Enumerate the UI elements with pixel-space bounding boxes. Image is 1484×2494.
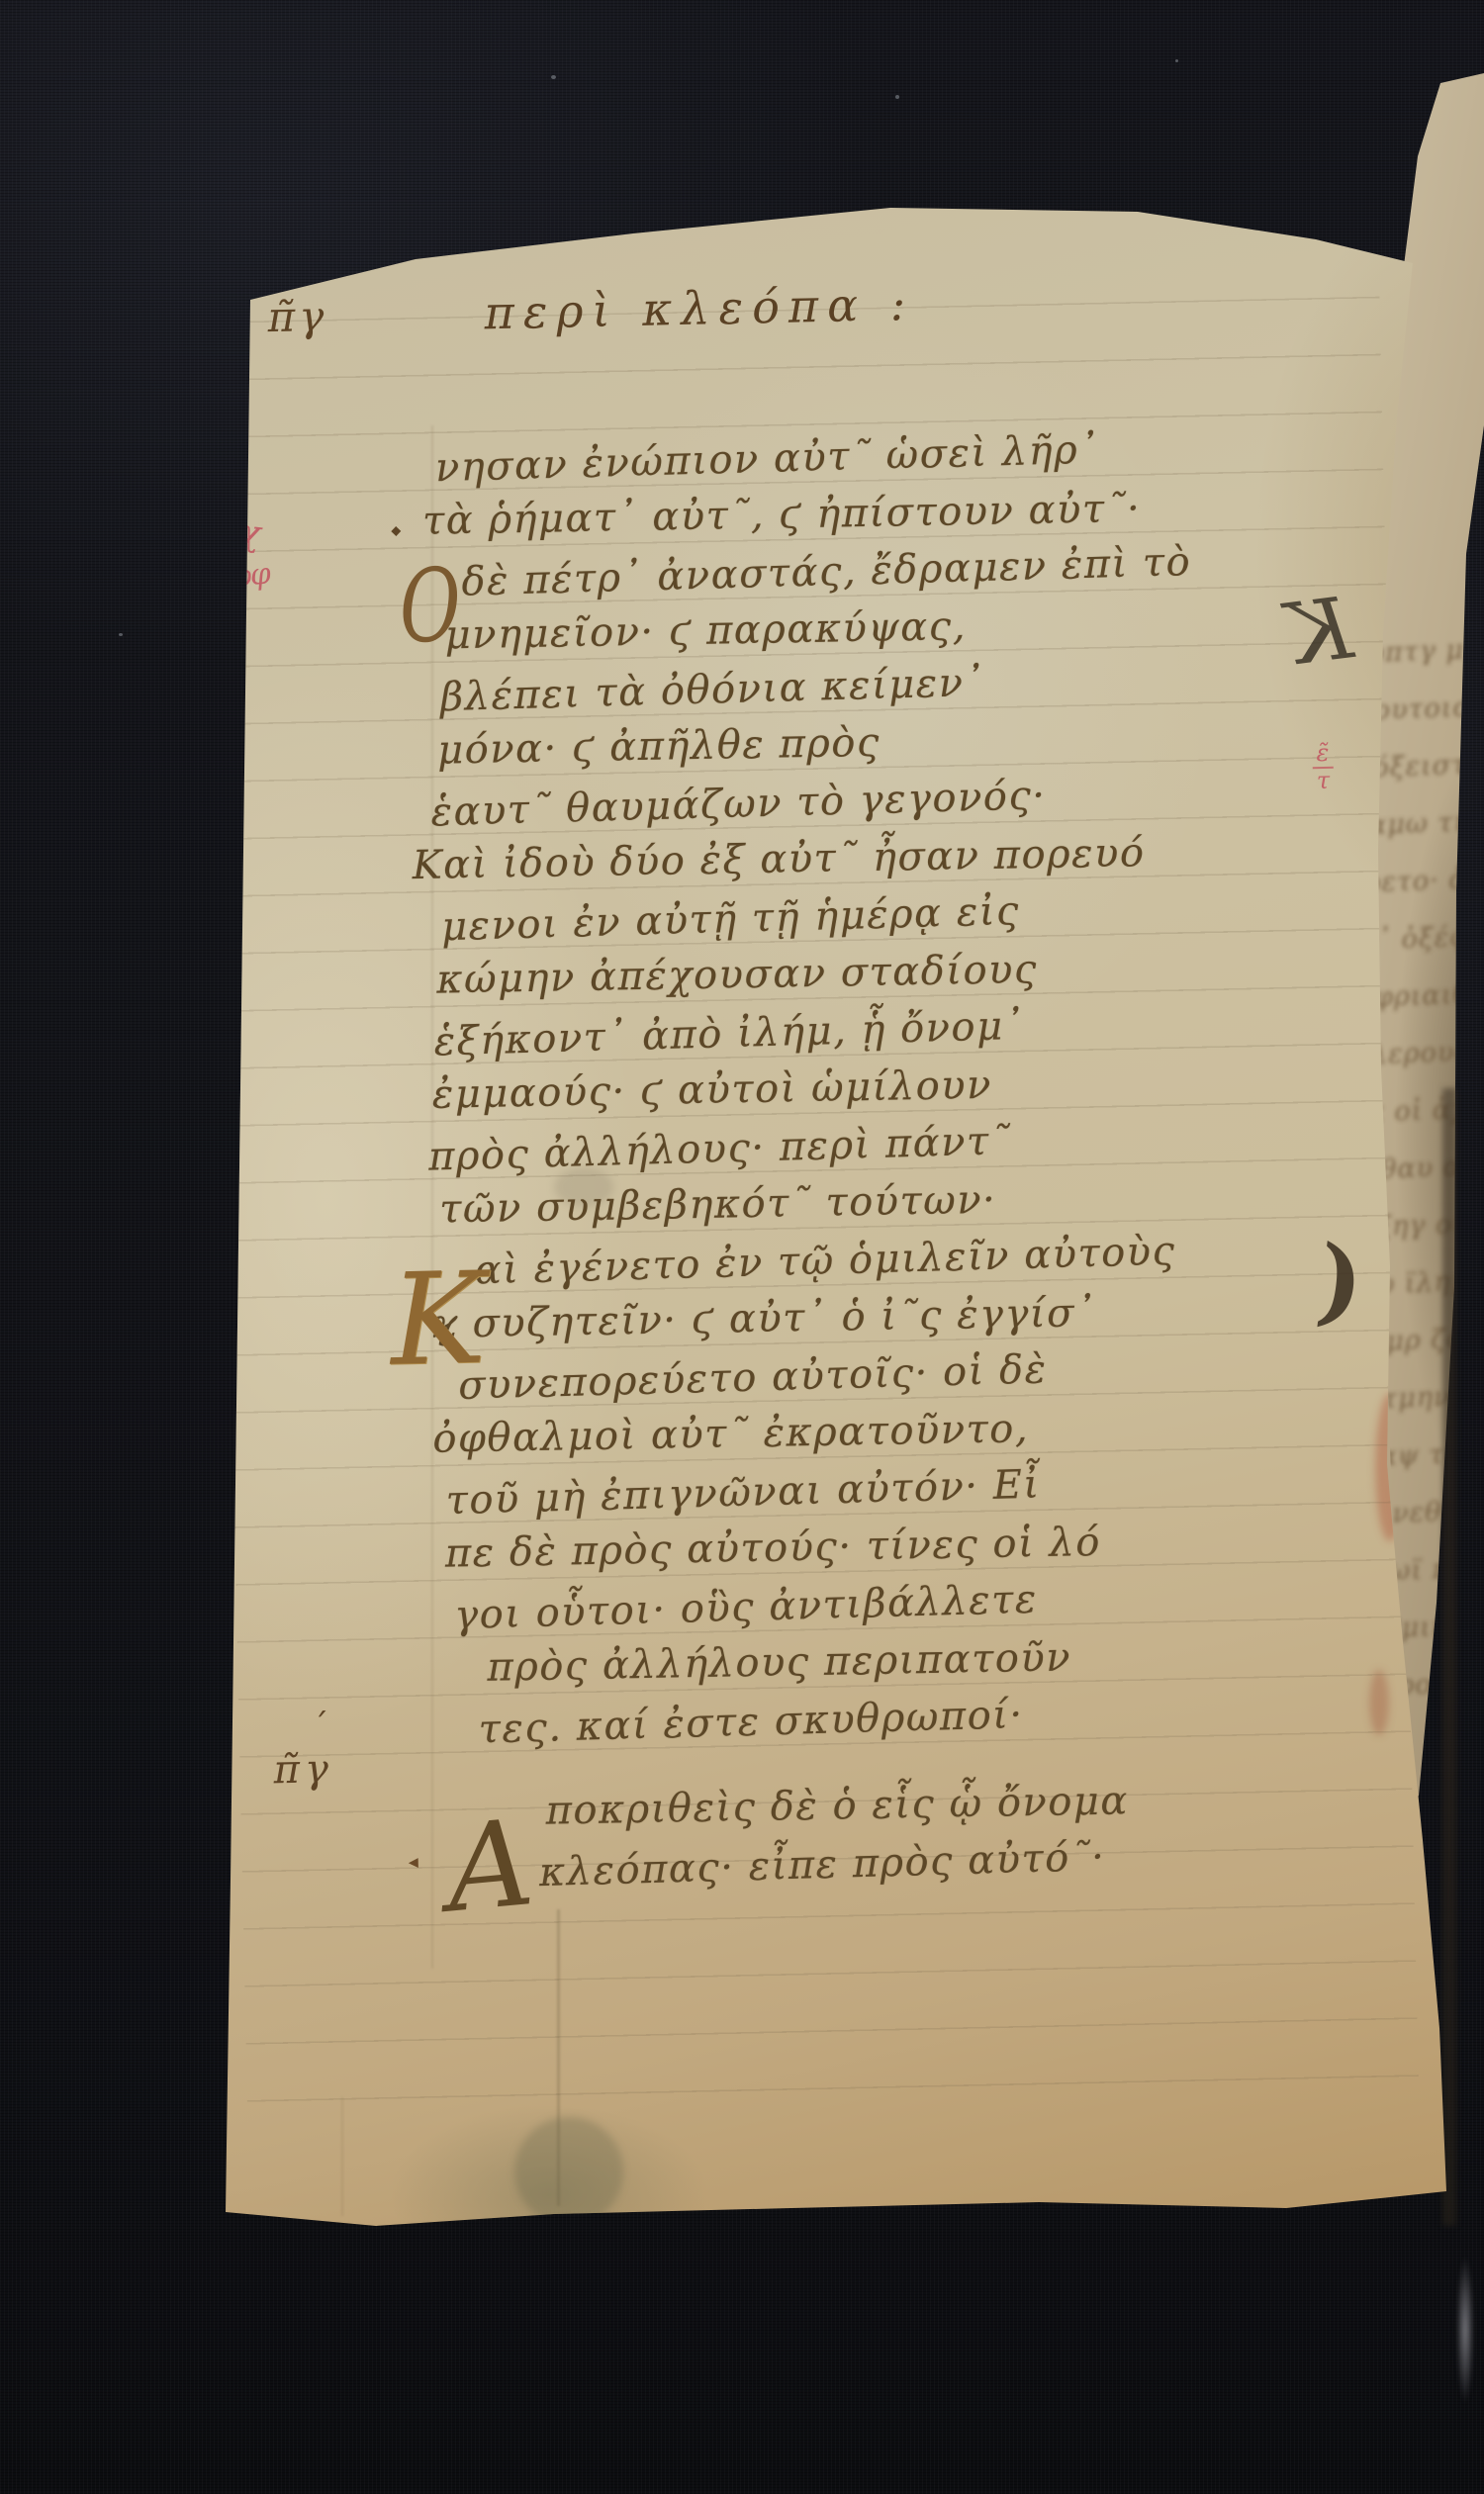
- facing-folio-line: ξηγ οιδμ: [1375, 1195, 1480, 1256]
- dust-speck: [1175, 59, 1178, 62]
- facing-folio-line: ροτ ωμη: [1397, 1654, 1484, 1715]
- kephalaion-title: περὶ κλεόπα :: [484, 277, 915, 339]
- facing-folio-line: αψ τομε: [1377, 1425, 1482, 1486]
- canon-table-numeral: τ: [1313, 769, 1334, 794]
- dust-speck: [119, 633, 123, 636]
- dust-speck: [895, 95, 899, 99]
- facing-folio-line: θαυ ατ πγ: [1379, 1138, 1484, 1199]
- photograph-stage: ὡπτγ μτουτοισ τρμόξειστ μαμω τηϛυετο· ἀλ…: [0, 0, 1484, 2494]
- offset-kappa-mark: Κ: [1282, 579, 1357, 685]
- dust-speck: [551, 75, 556, 79]
- initial-omicron: Ο: [399, 556, 462, 658]
- text-block: νησαν ἐνώπιον αὐτ῀ ὡσεὶ λῆρ᾽τὰ ῥήματ᾽ αὐ…: [413, 418, 1354, 1902]
- paragraph-dot: ◆: [391, 523, 401, 538]
- initial-kappa: Κ: [389, 1256, 486, 1385]
- initial-alpha: Α: [442, 1804, 538, 1930]
- cloth-fold-highlight: [1452, 2226, 1478, 2434]
- eusebian-canon-mark: ε̃ τ: [1312, 741, 1334, 794]
- facing-folio-line: λερουσ τα: [1369, 1023, 1474, 1084]
- chapter-number-bottom: π̃γ: [273, 1746, 333, 1793]
- red-section-mark-ligature: ωφ: [227, 557, 271, 596]
- initial-pointer-mark: ◂: [408, 1849, 418, 1873]
- chapter-number-accent: ´: [312, 1707, 329, 1746]
- red-section-mark-chi: χ: [236, 511, 262, 554]
- facing-folio-line: αμω τηϛ: [1367, 793, 1472, 855]
- facing-folio-line: τμηνουτ: [1381, 1367, 1484, 1429]
- facing-folio-line: υετο· ἀλ: [1363, 852, 1468, 913]
- facing-folio-line: νεθαμ ω: [1391, 1482, 1484, 1543]
- chapter-number-top: π̃γ: [267, 292, 328, 341]
- manuscript-leaf: π̃γ περὶ κλεόπα : νησαν ἐνώπιον αὐτ῀ ὡσε…: [0, 0, 1484, 2494]
- facing-folio-line: ωϊ πρ θη: [1387, 1539, 1484, 1601]
- book-edge-shadow: [1442, 1088, 1456, 2226]
- canon-section-numeral: ε̃: [1312, 741, 1334, 770]
- facing-folio-line: μρ ζωοτ: [1385, 1310, 1484, 1371]
- facing-folio-line: φριαιθ τ: [1373, 966, 1478, 1027]
- writing-area: π̃γ περὶ κλεόπα : νησαν ἐνώπιον αὐτ῀ ὡσε…: [172, 246, 1430, 2152]
